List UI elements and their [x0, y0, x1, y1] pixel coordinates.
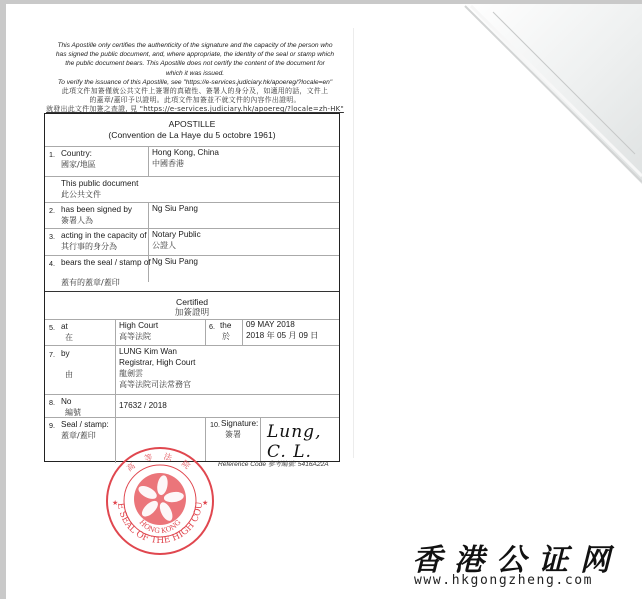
field-number: 6. [209, 322, 215, 331]
row-divider [45, 417, 339, 418]
field-number: 8. [49, 398, 55, 407]
country-label: Country: [61, 149, 92, 160]
row-divider [45, 345, 339, 346]
capacity-value: Notary Public [152, 230, 201, 241]
column-divider [260, 417, 261, 461]
row-divider [45, 394, 339, 395]
certified-label: Certified [45, 297, 339, 308]
signature-label: Signature: [221, 419, 258, 430]
signed-by-value: Ng Siu Pang [152, 204, 198, 215]
capacity-label-zh: 其行事的身分為 [61, 242, 117, 253]
at-value-zh: 高等法院 [119, 332, 151, 343]
signed-by-label-zh: 簽署人為 [61, 216, 93, 227]
field-number: 5. [49, 323, 55, 332]
date-value: 09 MAY 2018 [246, 320, 295, 331]
row-divider [45, 291, 339, 292]
by-value-title-zh: 高等法院司法常務官 [119, 380, 191, 391]
number-value: 17632 / 2018 [119, 401, 167, 412]
date-label: the [220, 321, 231, 332]
public-document-label-zh: 此公共文件 [61, 190, 101, 201]
field-number: 9. [49, 421, 55, 430]
seal-of-label: bears the seal / stamp of [61, 258, 151, 269]
intro-en-2: has signed the public document, and, whe… [40, 50, 350, 59]
at-label: at [61, 322, 68, 333]
column-divider [148, 146, 149, 176]
row-divider [45, 202, 339, 203]
high-court-seal: THE SEAL OF THE HIGH COURT 高 等 法 院 HONG … [104, 445, 216, 557]
capacity-label: acting in the capacity of [61, 231, 147, 242]
intro-en-3: the public document bears. This Apostill… [40, 59, 350, 68]
by-label: by [61, 349, 70, 360]
column-divider [115, 319, 116, 463]
field-number: 2. [49, 206, 55, 215]
date-value-zh: 2018 年 05 月 09 日 [246, 331, 318, 342]
capacity-value-zh: 公證人 [152, 241, 176, 252]
country-value-zh: 中國香港 [152, 159, 184, 170]
by-label-zh: 由 [65, 370, 73, 381]
intro-zh-1: 此項文件加簽僅就公共文件上簽署的真確性、簽署人的身分及，如適用的話，文件上 [40, 87, 350, 96]
intro-en-4: which it was issued. [40, 69, 350, 78]
paper-edge [353, 28, 354, 458]
at-label-zh: 在 [65, 333, 73, 344]
public-document-label: This public document [61, 179, 138, 190]
seal-stamp-label-zh: 蓋章/蓋印 [61, 431, 96, 442]
row-divider [45, 228, 339, 229]
signed-by-label: has been signed by [61, 205, 132, 216]
by-value-title: Registrar, High Court [119, 358, 195, 369]
apostille-intro: This Apostille only certifies the authen… [40, 41, 350, 115]
row-divider [45, 146, 339, 147]
field-number: 7. [49, 350, 55, 359]
certified-label-zh: 加簽證明 [45, 308, 339, 319]
country-value: Hong Kong, China [152, 148, 219, 159]
seal-of-value: Ng Siu Pang [152, 257, 198, 268]
field-number: 3. [49, 232, 55, 241]
svg-text:★: ★ [202, 499, 208, 507]
column-divider [148, 202, 149, 282]
reference-code: Reference Code 參考編號: 5416A22A [218, 458, 329, 468]
field-number: 10. [210, 420, 220, 429]
apostille-subtitle: (Convention de La Haye du 5 octobre 1961… [45, 130, 339, 141]
date-label-zh: 於 [222, 332, 230, 343]
signature: Lung, C. L. [267, 422, 339, 462]
folded-corner [463, 4, 642, 184]
apostille-table: APOSTILLE (Convention de La Haye du 5 oc… [44, 113, 340, 462]
by-value-name: LUNG Kim Wan [119, 347, 177, 358]
seal-stamp-label: Seal / stamp: [61, 420, 109, 431]
by-value-name-zh: 龍劍雲 [119, 369, 143, 380]
column-divider [242, 319, 243, 345]
field-number: 1. [49, 150, 55, 159]
apostille-title: APOSTILLE [45, 119, 339, 130]
svg-text:★: ★ [112, 499, 118, 507]
country-label-zh: 國家/地區 [61, 160, 96, 171]
row-divider [45, 255, 339, 256]
seal-of-label-zh: 蓋有的蓋章/蓋印 [61, 278, 120, 289]
column-divider [205, 319, 206, 345]
watermark-url[interactable]: www.hkgongzheng.com [414, 573, 593, 588]
at-value: High Court [119, 321, 158, 332]
intro-en-1: This Apostille only certifies the authen… [40, 41, 350, 50]
intro-verify-en[interactable]: To verify the issuance of this Apostille… [40, 78, 350, 87]
signature-label-zh: 簽署 [225, 430, 241, 441]
row-divider [45, 176, 339, 177]
number-label: No [61, 397, 71, 408]
field-number: 4. [49, 259, 55, 268]
